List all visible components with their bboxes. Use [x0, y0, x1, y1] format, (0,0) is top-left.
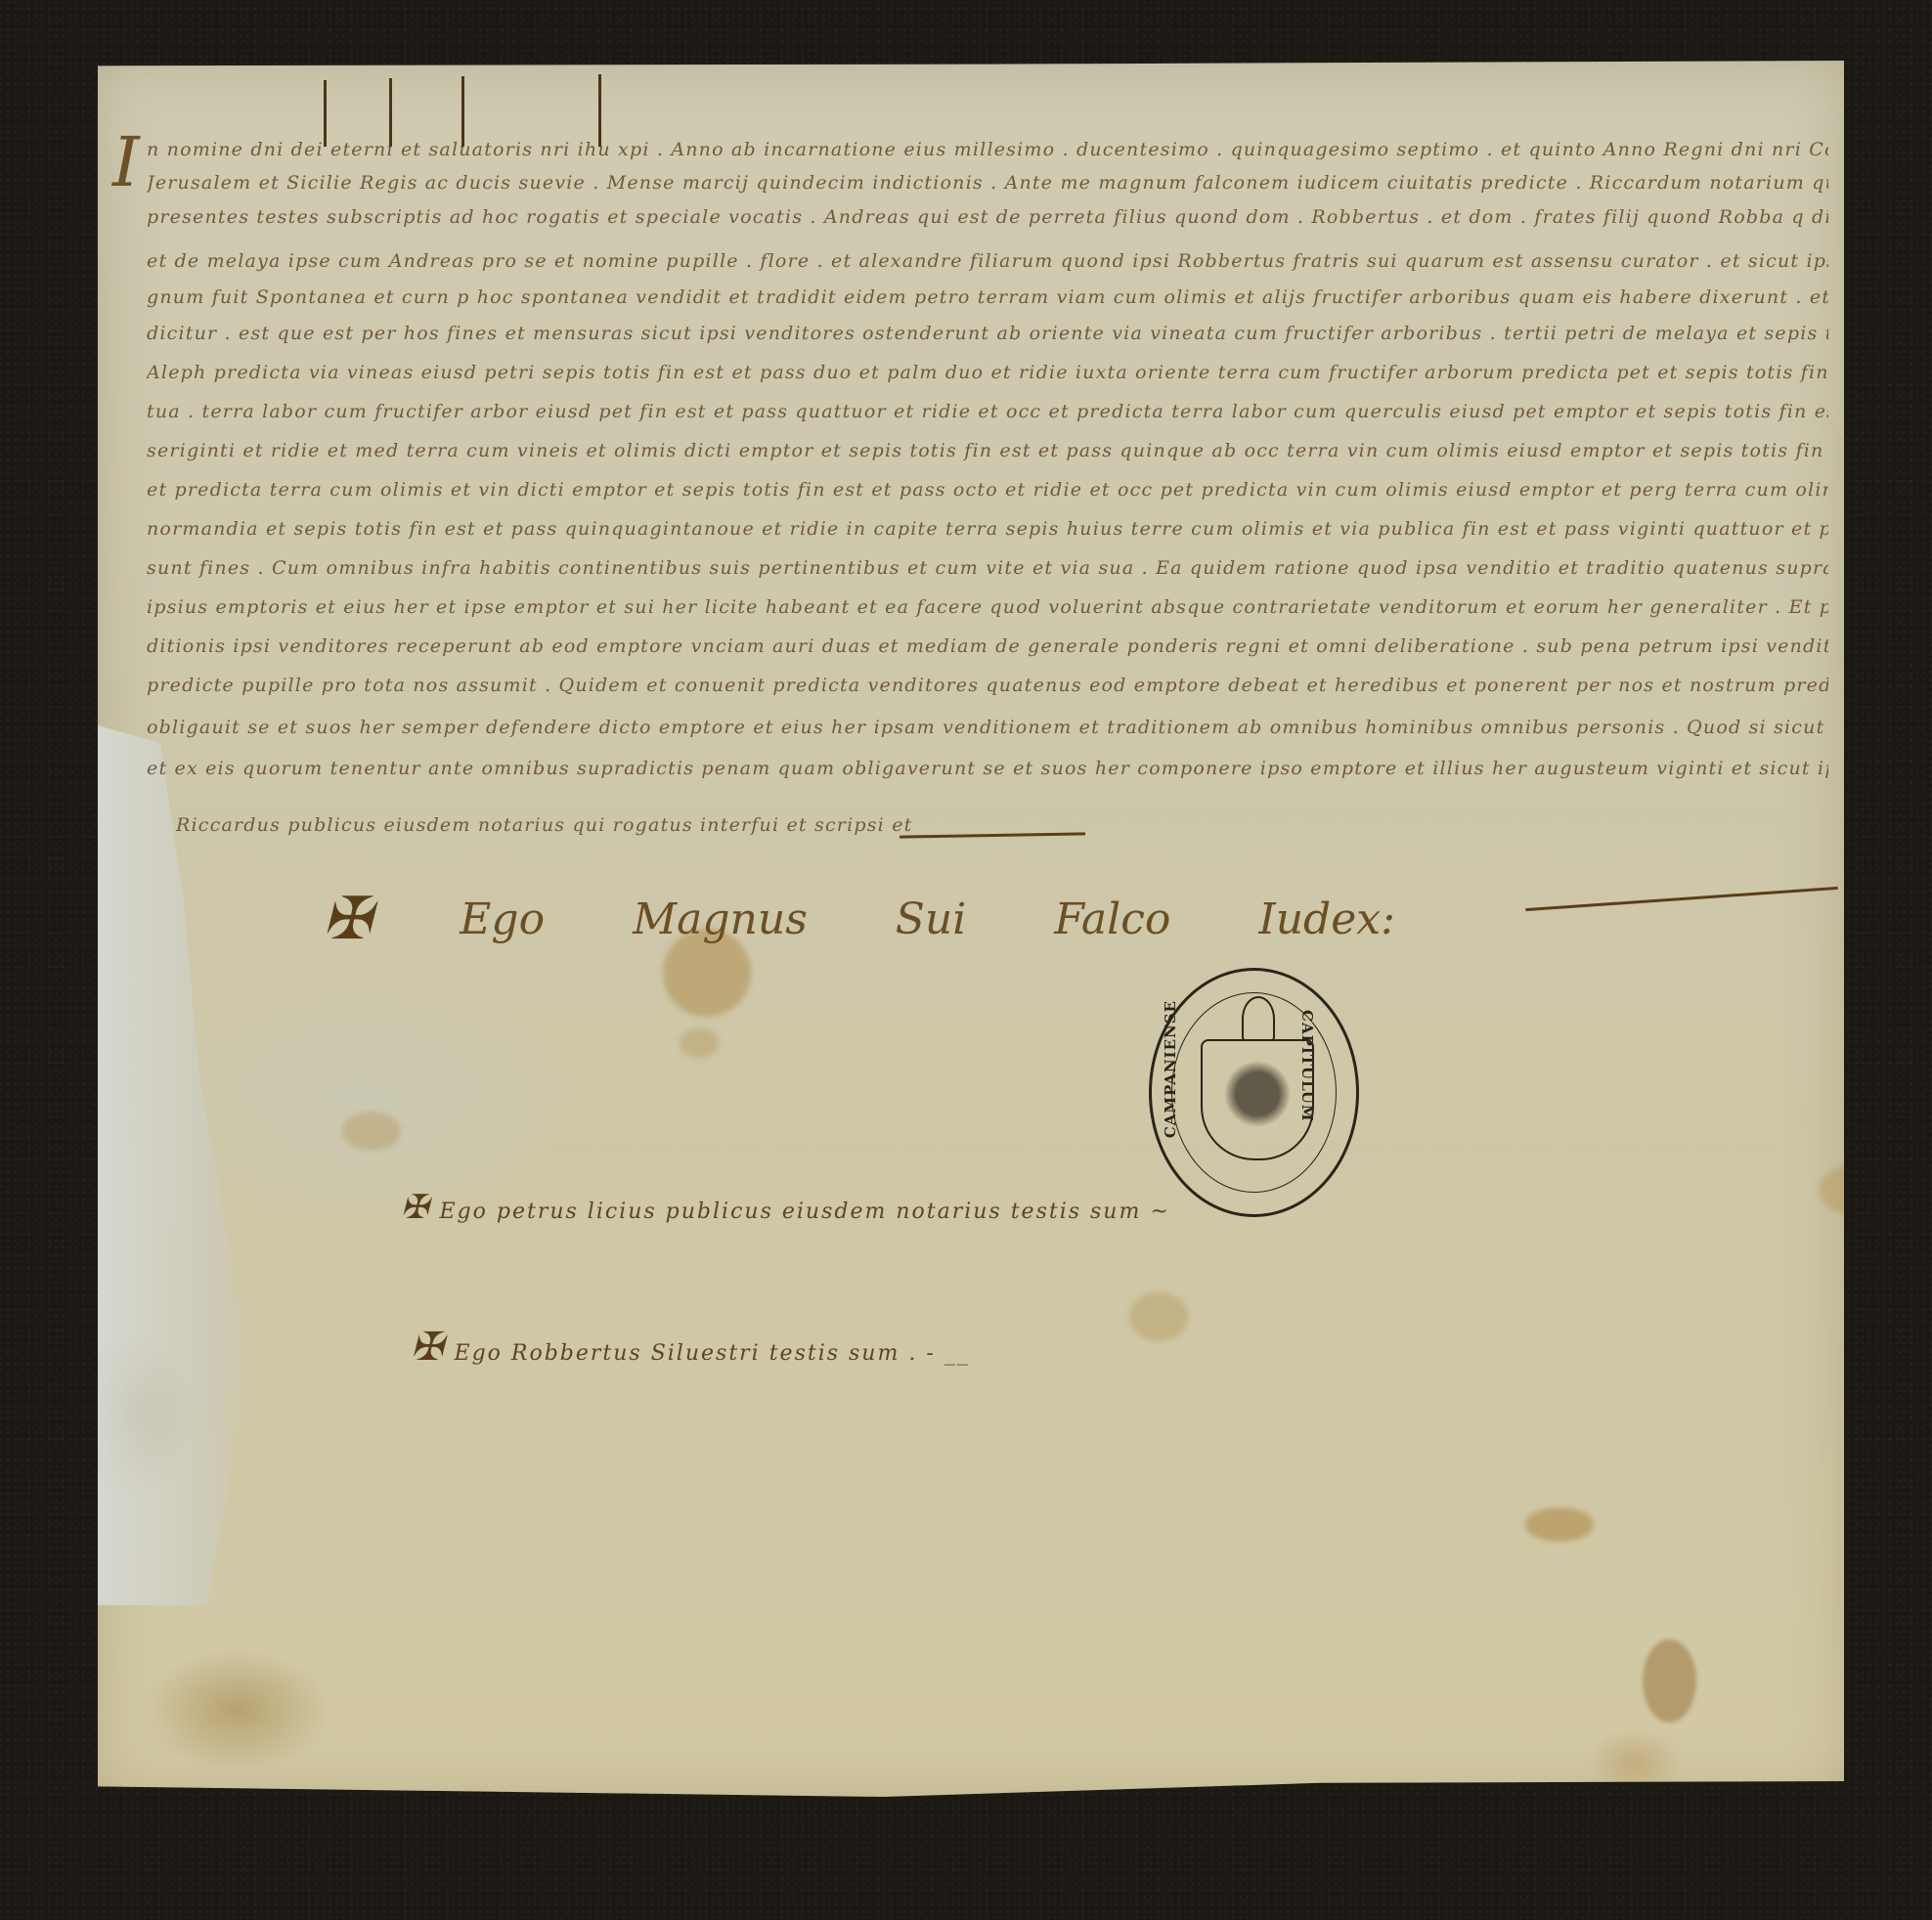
text-line: presentes testes subscriptis ad hoc roga…: [147, 206, 1828, 228]
text-line: gnum fuit Spontanea et curn p hoc sponta…: [147, 286, 1828, 308]
ink-stain: [1643, 1639, 1696, 1723]
ascender-stroke: [598, 74, 601, 147]
judge-signature: ✠ Ego Magnus Sui Falco Iudex:: [323, 885, 1395, 953]
ascender-stroke: [389, 78, 392, 147]
signature-word: Ego: [460, 895, 545, 944]
text-line: ipsius emptoris et eius her et ipse empt…: [147, 596, 1828, 618]
torn-edge-repair: [98, 725, 254, 1605]
ink-stain: [1129, 1292, 1188, 1341]
ascender-stroke: [324, 80, 327, 147]
witness-subscription-2: ✠ Ego Robbertus Siluestri testis sum . -…: [411, 1325, 970, 1370]
coat-of-arms-shield-icon: [1201, 1039, 1314, 1160]
witness-text: Ego petrus licius publicus eiusdem notar…: [440, 1200, 1170, 1224]
text-line: ditionis ipsi venditores receperunt ab e…: [147, 635, 1828, 657]
mitre-icon: [1242, 996, 1275, 1041]
ink-stain: [342, 1112, 401, 1151]
text-line: seriginti et ridie et med terra cum vine…: [147, 440, 1828, 461]
text-line: Riccardus publicus eiusdem notarius qui …: [176, 814, 919, 836]
text-line: sunt fines . Cum omnibus infra habitis c…: [147, 557, 1828, 579]
decorated-initial: I: [112, 122, 140, 202]
ink-stain: [1525, 1507, 1594, 1542]
text-line: tua . terra labor cum fructifer arbor ei…: [147, 401, 1828, 422]
signature-word: Falco: [1054, 895, 1170, 944]
ink-stain: [680, 1028, 719, 1058]
text-line: et predicta terra cum olimis et vin dict…: [147, 479, 1828, 501]
witness-text: Ego Robbertus Siluestri testis sum . - _…: [455, 1341, 970, 1366]
text-line: predicte pupille pro tota nos assumit . …: [147, 675, 1828, 696]
seal-legend-left: CAMPANIENSE: [1162, 1000, 1179, 1138]
text-line: et de melaya ipse cum Andreas pro se et …: [147, 250, 1828, 272]
text-line: n nomine dni dei eterni et saluatoris nr…: [147, 139, 1828, 160]
text-line: obligauit se et suos her semper defender…: [147, 717, 1828, 738]
signum-cross-icon: ✠: [411, 1325, 446, 1370]
ascender-stroke: [461, 76, 464, 147]
text-line: Jerusalem et Sicilie Regis ac ducis suev…: [147, 172, 1828, 194]
witness-subscription-1: ✠ Ego petrus licius publicus eiusdem not…: [401, 1188, 1170, 1227]
seal-legend-right: CAPITULUM: [1298, 1010, 1316, 1122]
text-line: dicitur . est que est per hos fines et m…: [147, 323, 1828, 344]
text-line: Aleph predicta via vineas eiusd petri se…: [147, 362, 1828, 383]
signature-word: Magnus: [633, 895, 808, 944]
signum-cross-icon: ✠: [401, 1188, 431, 1227]
text-line: et ex eis quorum tenentur ante omnibus s…: [147, 758, 1828, 779]
archive-seal-stamp: CAPITULUM CAMPANIENSE: [1149, 968, 1359, 1217]
signature-word: Sui: [896, 895, 967, 944]
text-line: normandia et sepis totis fin est et pass…: [147, 518, 1828, 540]
ink-stain: [1819, 1165, 1887, 1214]
signum-cross-icon: ✠: [323, 885, 372, 953]
signature-word: Iudex:: [1258, 895, 1395, 944]
